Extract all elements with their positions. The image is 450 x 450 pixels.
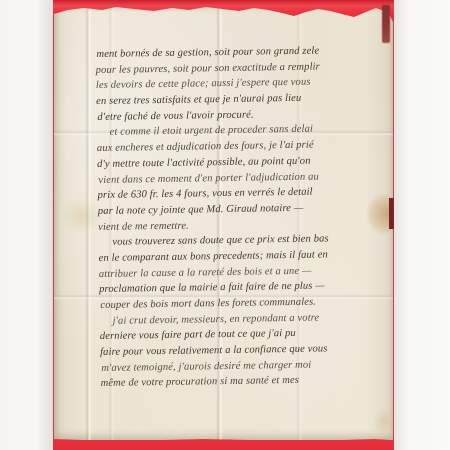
letter-paper: ment bornés de sa gestion, soit pour son… [54, 4, 393, 440]
photo-of-letter: ment bornés de sa gestion, soit pour son… [0, 0, 450, 450]
letter-line: même de votre procuration si ma santé et… [100, 372, 398, 392]
letter-text: ment bornés de sa gestion, soit pour son… [95, 42, 398, 392]
red-backing-edge-strip [389, 198, 394, 229]
paper-stain [373, 408, 395, 434]
red-backing-edge-strip [382, 5, 390, 43]
